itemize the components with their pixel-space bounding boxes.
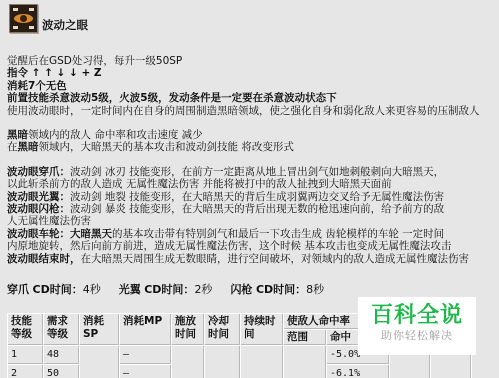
- header-cooldown: 冷却 时间: [205, 314, 241, 346]
- header-skill-level: 技能 等级: [8, 314, 44, 346]
- cell-hit: -6.1%: [327, 365, 390, 378]
- header-range: 范围: [284, 330, 327, 346]
- cell-req-level: 48: [44, 346, 80, 365]
- cell-skill-level: 2: [8, 365, 44, 378]
- form-wheel: 波动眼车轮：大暗黑天的基本攻击带有特别剑气和最后一下攻击生成 齿轮模样的车轮 一…: [7, 228, 499, 240]
- cell-cast-time: [172, 346, 205, 378]
- command-info: 指令 ↑ ↑ ↓ ↓ + Z: [7, 67, 499, 79]
- watermark-brand: 百科全说: [358, 303, 476, 329]
- cost-info: 消耗7个无色: [7, 80, 499, 92]
- form-claw-cont: 以此斩杀前方的敌人造成 无属性魔法伤害 并能将被打中的敌人扯拽到大暗黑天面前: [7, 178, 499, 190]
- cell-req-level: 50: [44, 365, 80, 378]
- cell-skill-level: 1: [8, 346, 44, 365]
- cooldown-claw: 穿爪 CD时间：4秒: [7, 281, 101, 297]
- skill-title: 波动之眼: [42, 17, 88, 33]
- skill-header: 波动之眼: [9, 4, 88, 33]
- dark-effect-2: 在黑暗领域内，大暗黑天的基本攻击和波动剑技能 将改变形式: [7, 141, 499, 153]
- header-sp-cost: 消耗 SP: [80, 314, 120, 346]
- header-req-level: 需求 等级: [44, 314, 80, 346]
- cooldown-list: 穿爪 CD时间：4秒 光翼 CD时间：2秒 闪枪 CD时间：8秒: [7, 281, 342, 297]
- cell-cooldown: [205, 346, 241, 378]
- usage-description: 使用波动眼时，一定时间内在自身的周围制造黑暗领域，使之强化自身和弱化敌人来更容易…: [7, 105, 499, 117]
- watermark-slogan: 助你轻松解决: [358, 329, 476, 343]
- learn-info: 觉醒后在GSD处习得，每升一级50SP: [7, 55, 499, 67]
- cell-sp-cost: [80, 346, 120, 378]
- header-duration: 持续时 间: [241, 314, 284, 346]
- dark-effect-1: 黑暗领域内的敌人 命中率和攻击速度 减少: [7, 129, 499, 141]
- header-cast-time: 施放 时间: [172, 314, 205, 346]
- cell-duration: [241, 346, 284, 378]
- cooldown-spear: 闪枪 CD时间：8秒: [230, 281, 324, 297]
- form-wheel-cont: 内原地旋转，然后向前方前进，造成无属性魔法伤害，这个时候 基本攻击也变成无属性魔…: [7, 240, 499, 252]
- cell-mp-cost: —: [120, 365, 172, 378]
- cell-range: [284, 346, 327, 378]
- header-mp-cost: 消耗MP: [120, 314, 172, 346]
- cooldown-wing: 光翼 CD时间：2秒: [119, 281, 213, 297]
- form-spear-cont: 人无属性魔法伤害: [7, 215, 499, 227]
- wave-eye-skill-icon: [9, 4, 38, 33]
- cell-mp-cost: —: [120, 346, 172, 365]
- form-wing: 波动眼光翼：波动剑 地裂 技能变形，在大暗黑天的背后生成羽翼两边交叉给予无属性魔…: [7, 191, 499, 203]
- prerequisite-info: 前置技能杀意波动5级，火波5级，发动条件是一定要在杀意波动状态下: [7, 92, 499, 104]
- watermark-overlay: 百科全说 助你轻松解决: [358, 297, 476, 355]
- form-spear: 波动眼闪枪：波动剑 暴炎 技能变形，在大暗黑天的背后出现无数的枪迅速向前，给予前…: [7, 203, 499, 215]
- form-end: 波动眼结束时，在大暗黑天周围生成无数眼睛，进行空间破坏，对领域内的敌人造成无属性…: [7, 253, 499, 265]
- form-claw: 波动眼穿爪：波动剑 冰刃 技能变形，在前方一定距离从地上冒出剑气如地刺般刺向大暗…: [7, 166, 499, 178]
- skill-description: 觉醒后在GSD处习得，每升一级50SP 指令 ↑ ↑ ↓ ↓ + Z 消耗7个无…: [7, 55, 499, 265]
